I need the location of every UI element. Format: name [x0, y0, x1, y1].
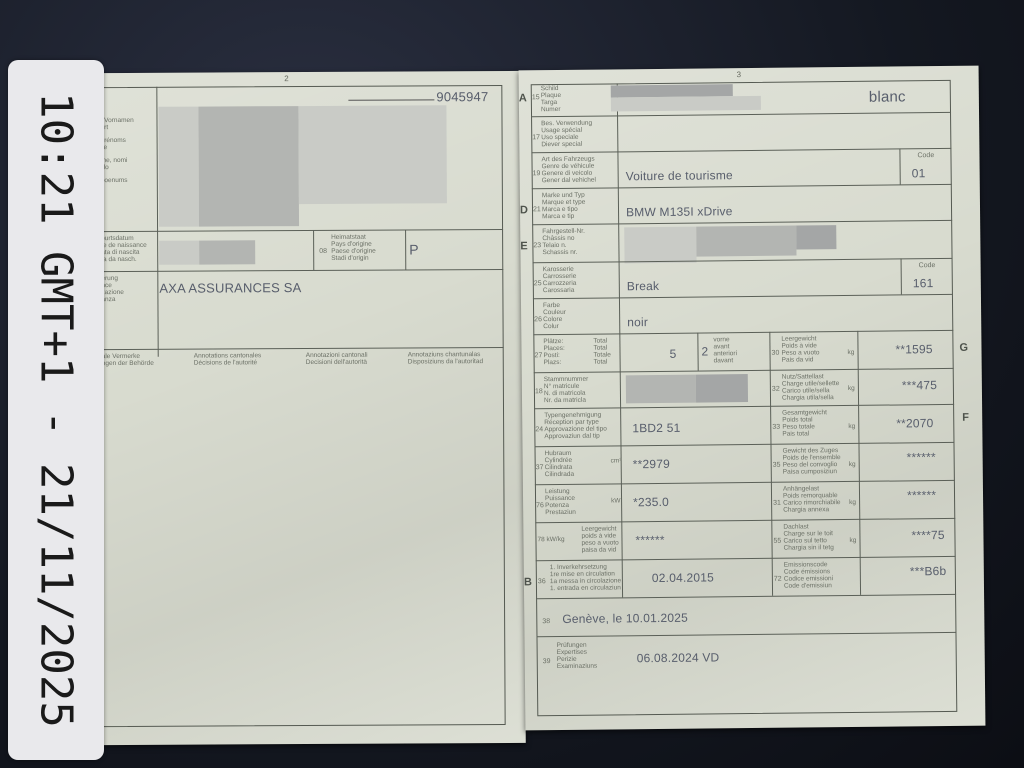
field-number: 21	[533, 206, 541, 213]
unit-label: kg	[848, 423, 855, 430]
chassis-label: Fahrgestell-Nr. Châssis no Telaio n. Sch…	[542, 228, 585, 256]
trailer-load-label: Anhängelast Poids remorquable Carico rim…	[783, 485, 841, 514]
body-label: Karosserie Carrosserie Carrozzeria Caros…	[543, 266, 577, 294]
inspection-label: Prüfungen Expertises Perizie Examinaziun…	[557, 642, 598, 670]
inspection-value: 06.08.2024 VD	[637, 650, 720, 665]
section-letter: A	[519, 92, 527, 104]
field-number: 31	[773, 500, 781, 507]
field-number: 35	[773, 462, 781, 469]
unit-label: cm³	[611, 457, 622, 464]
field-number: 25	[534, 280, 542, 287]
redacted-plate	[611, 96, 761, 112]
section-letter: E	[520, 240, 527, 252]
timestamp-overlay: 10:21 GMT+1 - 21/11/2025	[8, 60, 104, 760]
trailer-load-value: ******	[907, 488, 936, 502]
unit-label: kg	[849, 499, 856, 506]
roof-load-label: Dachlast Charge sur le toit Carico sul t…	[783, 523, 834, 552]
field-number: 15	[532, 94, 540, 101]
redacted-name	[198, 106, 299, 227]
field-number: 32	[772, 386, 780, 393]
train-weight-value: ******	[907, 450, 936, 464]
first-registration-value: 02.04.2015	[652, 570, 714, 585]
vehicle-registration-document: 2 9045947 , Vornamen ort prénoms ile me,…	[96, 68, 984, 748]
redacted-chassis	[624, 227, 696, 264]
field-number: 27	[535, 352, 543, 359]
code-label: Code	[917, 152, 934, 159]
name-label: , Vornamen ort	[100, 117, 133, 131]
page-number: 3	[737, 70, 742, 79]
field-number: 23	[533, 242, 541, 249]
field-number: 76	[536, 502, 544, 509]
type-approval-label: Typengenehmigung Réception par type Appr…	[544, 412, 607, 441]
total-weight-value: **2070	[896, 416, 933, 430]
type-approval-value: 1BD2 51	[632, 421, 680, 436]
redacted-plate-number	[626, 375, 696, 404]
field-number: 17	[532, 134, 540, 141]
special-use-label: Bes. Verwendung Usage spécial Uso specia…	[541, 120, 592, 149]
page-number: 2	[284, 74, 289, 83]
redacted-chassis	[696, 226, 796, 257]
train-weight-label: Gewicht des Zuges Poids de l'ensemble Pe…	[783, 447, 841, 476]
section-letter: D	[520, 204, 528, 216]
displacement-label: Hubraum Cylindrée Cilindrata Cilindrada	[545, 450, 575, 478]
annotation-header: ale Vermerke ngen der Behörde	[102, 353, 154, 367]
payload-label: Nutz/Sattellast Charge utile/sellette Ca…	[782, 373, 840, 402]
power-weight-label: Leergewicht poids à vide peso a vuoto pa…	[581, 525, 619, 553]
insurance-value: AXA ASSURANCES SA	[159, 280, 301, 296]
total-weight-label: Gesamtgewicht Poids total Peso totale Pa…	[782, 409, 827, 437]
field-number: 38	[542, 618, 550, 625]
timestamp-text: 10:21 GMT+1 - 21/11/2025	[31, 92, 82, 728]
section-letter: B	[524, 576, 532, 588]
unit-label: kg	[849, 537, 856, 544]
field-number: 55	[773, 538, 781, 545]
redacted-name	[298, 105, 447, 204]
redacted-plate-number	[696, 374, 748, 403]
field-number: 37	[536, 464, 544, 471]
seats-total-label: Total Total Totale Total	[593, 337, 611, 365]
birth-date-label: burtsdatum te de naissance ata di nascit…	[101, 235, 147, 263]
make-model-value: BMW M135I xDrive	[626, 204, 733, 219]
origin-value: P	[409, 241, 419, 257]
unit-label: kg	[847, 349, 854, 356]
field-number: 36	[538, 578, 546, 585]
unit-label: kg	[849, 461, 856, 468]
field-number: 30	[771, 350, 779, 357]
field-number: 18	[535, 388, 543, 395]
plate-number-label: Stammnummer N° matricule N. di matricola…	[544, 376, 589, 404]
seats-front-value: 2	[701, 344, 708, 358]
left-page: 2 9045947 , Vornamen ort prénoms ile me,…	[98, 71, 526, 745]
name-label: prénoms ile	[101, 137, 126, 151]
payload-value: ***475	[902, 378, 937, 392]
field-number: 19	[533, 170, 541, 177]
empty-weight-label: Leergewicht Poids à vide Peso a vuoto Pa…	[781, 335, 819, 363]
right-page: 3 A 15 Schild Plaque Targa Numer blanc 1…	[519, 66, 986, 731]
power-label: Leistung Puissance Potenza Prestaziun	[545, 488, 576, 516]
first-registration-label: 1. Inverkehrsetzung 1re mise en circulat…	[550, 563, 621, 592]
field-number: 24	[535, 426, 543, 433]
field-number: 39	[543, 658, 551, 665]
plate-color-value: blanc	[869, 88, 906, 105]
origin-field-number: 08	[319, 248, 327, 255]
unit-label: kW	[611, 497, 620, 504]
color-value: noir	[627, 315, 648, 329]
body-code: 161	[913, 276, 934, 290]
redacted-birth-date	[199, 240, 255, 264]
vehicle-type-label: Art des Fahrzeugs Genre de véhicule Gene…	[541, 156, 595, 185]
unit-label: kg	[848, 385, 855, 392]
seats-label: Plätze: Places: Posti: Plazs:	[543, 338, 565, 366]
redacted-birth-date	[159, 241, 199, 265]
name-label: me, nomi illo	[101, 157, 128, 171]
holder-number: 9045947	[436, 89, 488, 104]
seats-front-label: vorne avant anteriori davant	[713, 336, 737, 364]
redacted-chassis	[796, 225, 836, 249]
emission-code-label: Emissionscode Code émissions Codice emis…	[784, 561, 833, 590]
field-number: 26	[534, 316, 542, 323]
vehicle-type-value: Voiture de tourisme	[626, 168, 733, 183]
empty-weight-value: **1595	[895, 342, 932, 356]
plate-label: Schild Plaque Targa Numer	[541, 85, 562, 113]
section-letter: G	[959, 342, 968, 354]
section-letter: F	[962, 412, 969, 424]
seats-total-value: 5	[669, 347, 676, 361]
annotation-header: Annotations cantonales Décisions de l'au…	[194, 352, 262, 366]
power-weight-number: 78 kW/kg	[537, 536, 564, 543]
origin-label: Heimatstaat Pays d'origine Paese d'origi…	[331, 234, 376, 262]
issued-place-date: Genève, le 10.01.2025	[562, 611, 688, 626]
field-number: 72	[774, 576, 782, 583]
color-label: Farbe Couleur Colore Colur	[543, 302, 566, 330]
annotation-header: Annotazioni cantonali Decisioni dell'aut…	[306, 352, 368, 366]
make-model-label: Marke und Typ Marque et type Marca e tip…	[542, 192, 586, 220]
field-number: 33	[772, 424, 780, 431]
code-label: Code	[919, 262, 936, 269]
power-weight-value: ******	[635, 533, 664, 547]
insurance-label: erung nce zazione anza	[101, 275, 124, 303]
displacement-value: **2979	[633, 457, 670, 471]
emission-code-value: ***B6b	[910, 564, 947, 578]
roof-load-value: ****75	[911, 528, 944, 542]
name-label: poenums l	[101, 177, 128, 191]
annotation-header: Annotaziuns chantunalas Disposiziuns da …	[408, 351, 483, 365]
power-value: *235.0	[633, 495, 669, 509]
body-value: Break	[627, 279, 660, 293]
vehicle-type-code: 01	[912, 166, 926, 180]
redacted-name	[158, 107, 199, 227]
